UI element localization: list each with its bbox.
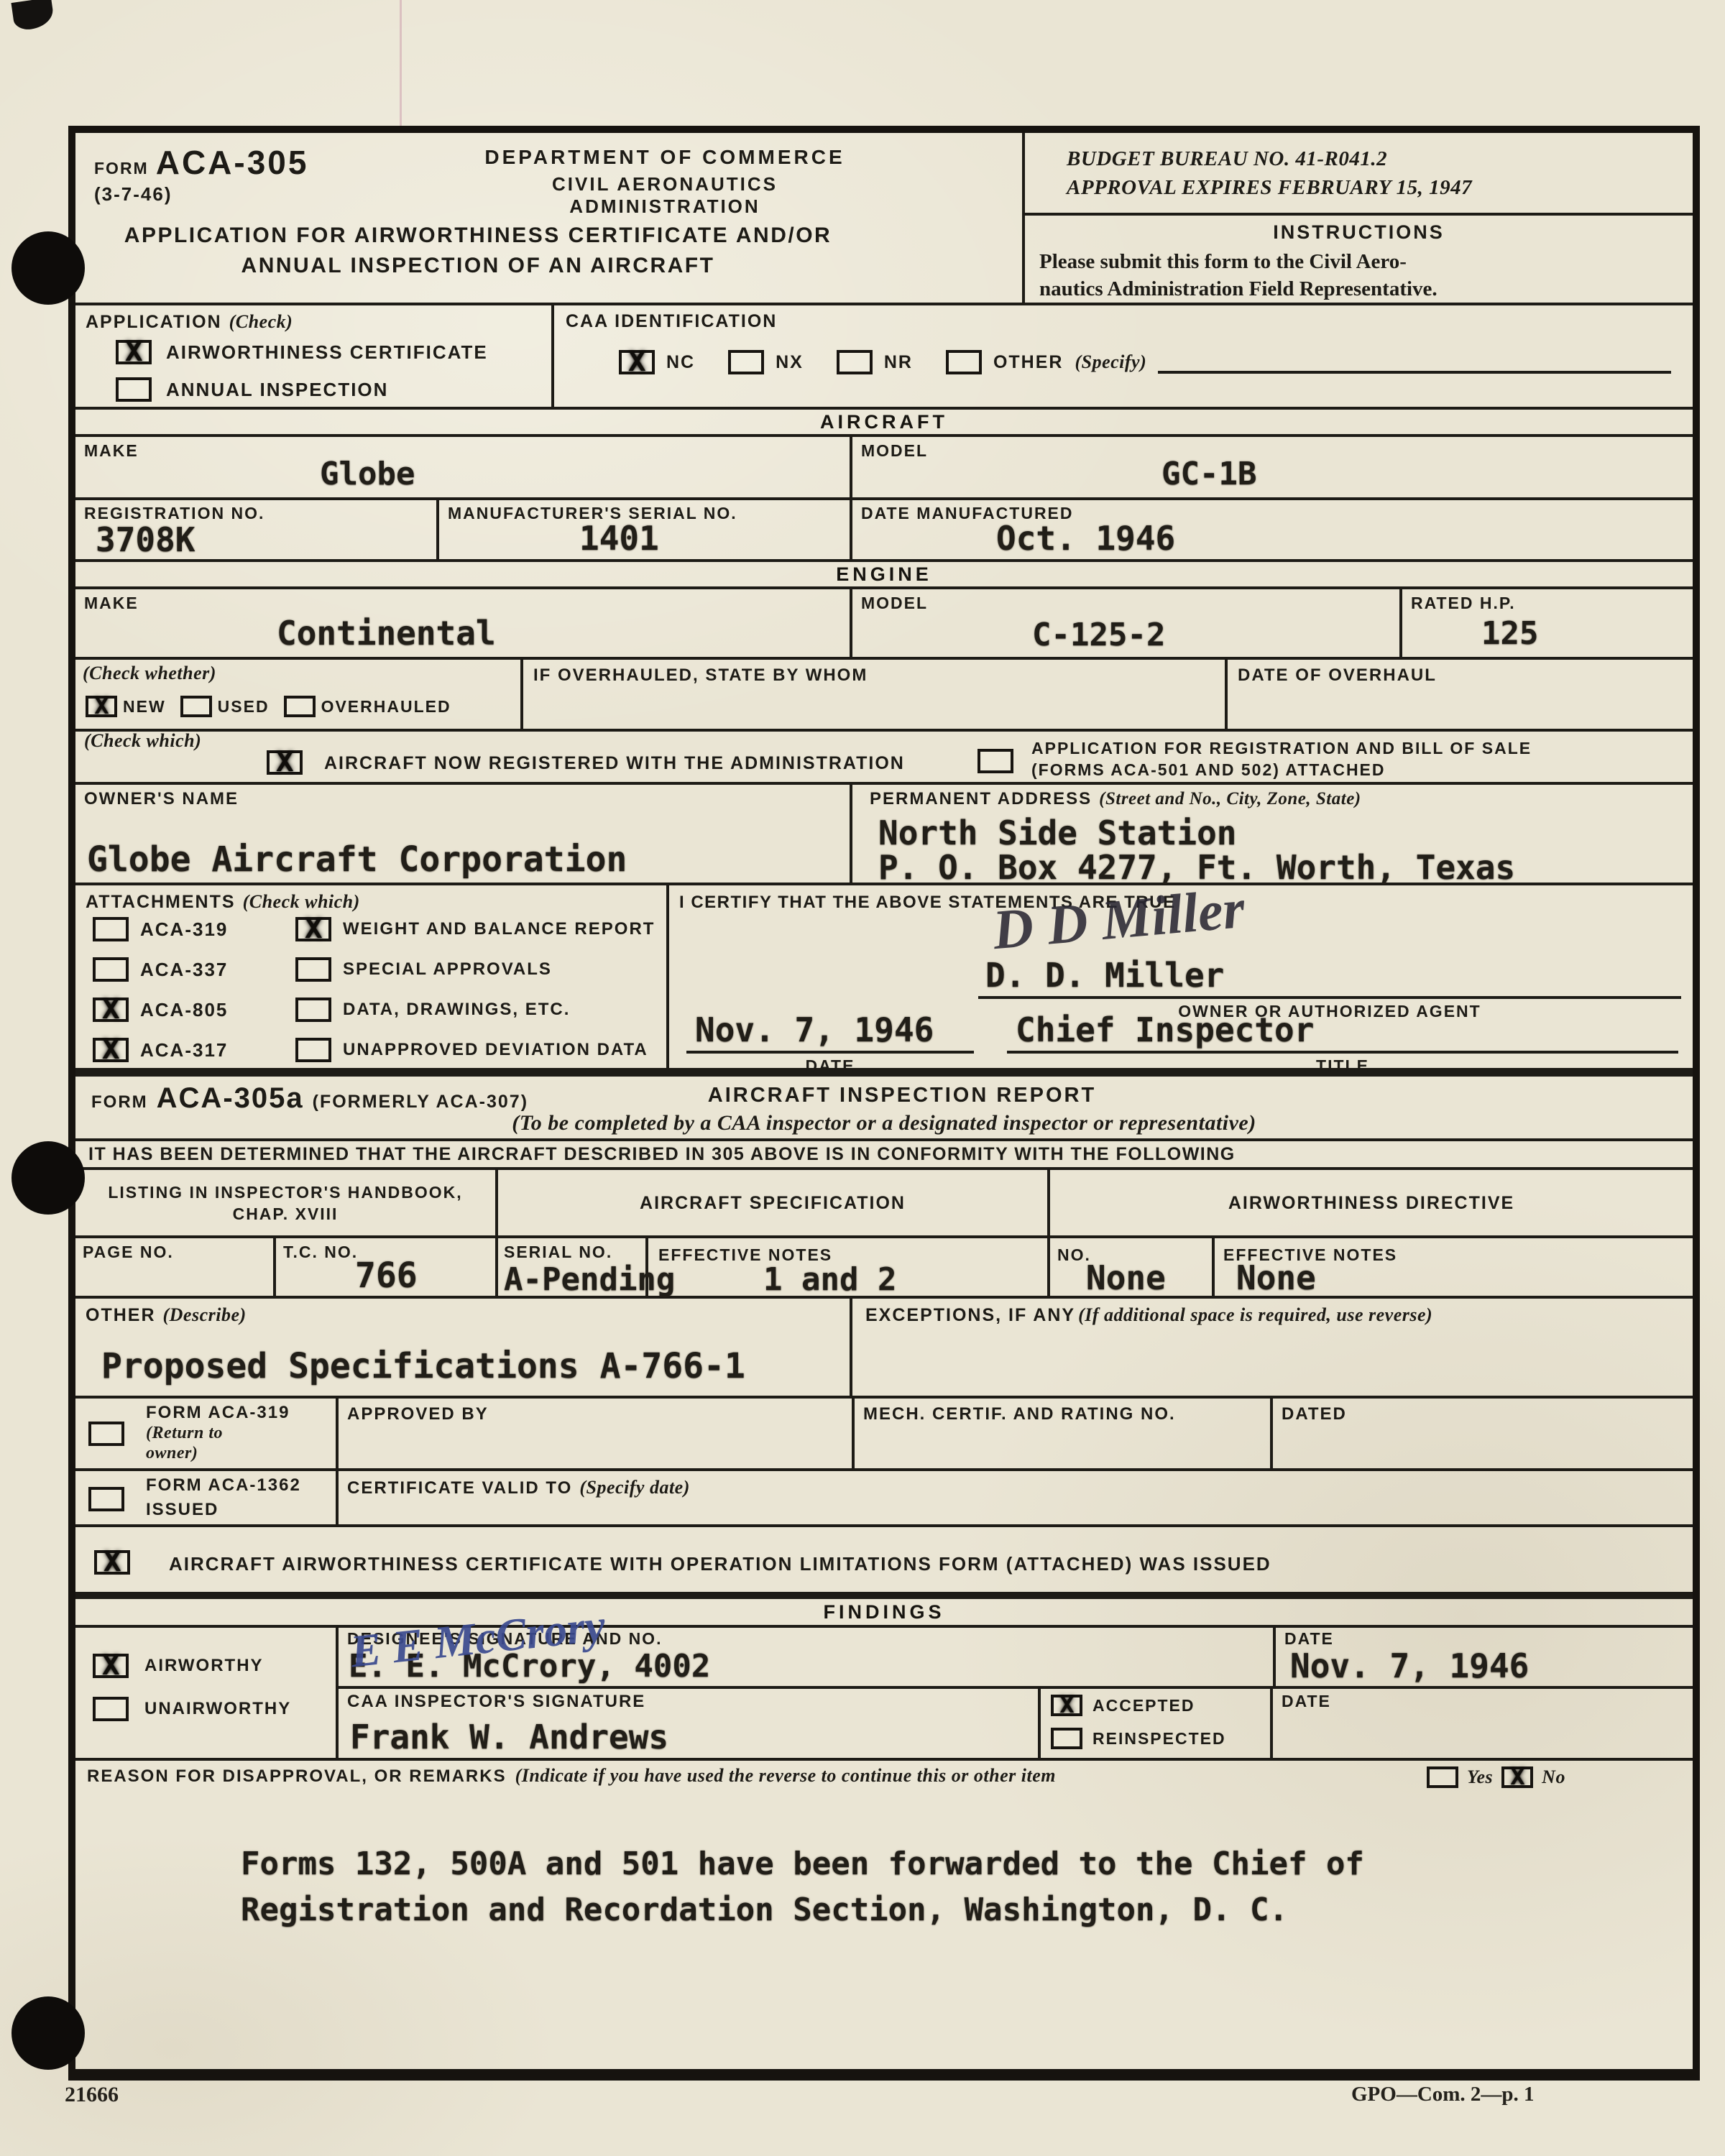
- other-id-checkbox[interactable]: [946, 350, 982, 374]
- accepted-label: ACCEPTED: [1092, 1696, 1195, 1715]
- engine-condition-options: X NEW USED OVERHAULED: [86, 696, 451, 717]
- caa-inspector-signature-field: CAA INSPECTOR'S SIGNATURE Frank W. Andre…: [339, 1689, 1041, 1758]
- other-exceptions-row: OTHER (Describe) Proposed Specifications…: [75, 1299, 1693, 1399]
- remarks-yes-no-group: Yes X No: [1427, 1766, 1565, 1788]
- aircraft-make-value: Globe: [320, 456, 415, 492]
- engine-make-label: MAKE: [84, 594, 139, 613]
- caa-inspector-signature-label: CAA INSPECTOR'S SIGNATURE: [347, 1692, 645, 1712]
- attachments-row-2: ACA-337 SPECIAL APPROVALS: [93, 957, 552, 982]
- registration-field: REGISTRATION NO. 3708K: [75, 500, 439, 559]
- remarks-label-line: REASON FOR DISAPPROVAL, OR REMARKS (Indi…: [87, 1765, 1056, 1787]
- page-no-label: PAGE NO.: [83, 1243, 174, 1262]
- spec-serial-label: SERIAL NO.: [504, 1243, 612, 1262]
- engine-make-row: MAKE Continental MODEL C-125-2 RATED H.P…: [75, 589, 1693, 660]
- aircraft-make-field: MAKE Globe: [75, 437, 852, 497]
- attachments-row-3: X ACA-805 DATA, DRAWINGS, ETC.: [93, 998, 570, 1022]
- inspection-report-title: AIRCRAFT INSPECTION REPORT: [507, 1084, 1297, 1107]
- serial-value: 1401: [579, 519, 659, 558]
- findings-right-block: DESIGNEE'S SIGNATURE AND NO. E E McCrory…: [339, 1628, 1693, 1758]
- accepted-reinspected-cell: X ACCEPTED REINSPECTED: [1041, 1689, 1273, 1758]
- mech-certif-label: MECH. CERTIF. AND RATING NO.: [863, 1404, 1176, 1424]
- designee-signature-field: DESIGNEE'S SIGNATURE AND NO. E E McCrory…: [339, 1628, 1273, 1686]
- accepted-option: X ACCEPTED: [1051, 1695, 1195, 1716]
- directive-notes-field: EFFECTIVE NOTES None: [1215, 1238, 1693, 1296]
- form-305a-number: ACA-305a: [157, 1082, 304, 1115]
- certification-title-group: Chief Inspector TITLE: [1007, 1010, 1678, 1076]
- aca-317-label: ACA-317: [140, 1039, 284, 1061]
- aca-319-return-row: FORM ACA-319 (Return to owner) APPROVED …: [75, 1399, 1693, 1471]
- airworthiness-directive-header-cell: AIRWORTHINESS DIRECTIVE: [1050, 1170, 1693, 1235]
- approved-by-label: APPROVED BY: [347, 1404, 489, 1424]
- spec-serial-value: A-Pending: [504, 1261, 675, 1298]
- engine-used-checkbox[interactable]: [180, 696, 212, 717]
- aca-317-checkbox[interactable]: X: [93, 1038, 129, 1062]
- nc-label: NC: [666, 352, 695, 373]
- engine-section-bar: ENGINE: [75, 562, 1693, 589]
- other-describe-value: Proposed Specifications A-766-1: [101, 1346, 745, 1386]
- remarks-yes-checkbox[interactable]: [1427, 1766, 1458, 1788]
- nx-checkbox[interactable]: [728, 350, 764, 374]
- bill-of-sale-label-line1: APPLICATION FOR REGISTRATION AND BILL OF…: [1031, 737, 1532, 759]
- bill-of-sale-label: APPLICATION FOR REGISTRATION AND BILL OF…: [1031, 737, 1532, 780]
- aca-805-label: ACA-805: [140, 999, 284, 1021]
- remarks-label: REASON FOR DISAPPROVAL, OR REMARKS: [87, 1766, 507, 1787]
- engine-overhaul-row: (Check whether) X NEW USED OVERHAULED IF…: [75, 660, 1693, 732]
- unairworthy-option: UNAIRWORTHY: [93, 1697, 291, 1721]
- dated-label: DATED: [1282, 1404, 1347, 1424]
- other-id-label: OTHER: [993, 352, 1064, 373]
- engine-make-field: MAKE Continental: [75, 589, 852, 657]
- date-manufactured-field: DATE MANUFACTURED Oct. 1946: [852, 500, 1693, 559]
- budget-bureau-line2: APPROVAL EXPIRES FEBRUARY 15, 1947: [1067, 173, 1685, 202]
- overhauled-by-whom-label: IF OVERHAULED, STATE BY WHOM: [533, 665, 868, 686]
- form-aca-1362-label: FORM ACA-1362: [146, 1475, 301, 1496]
- serial-field: MANUFACTURER'S SERIAL NO. 1401: [439, 500, 852, 559]
- spec-header-row: LISTING IN INSPECTOR'S HANDBOOK, CHAP. X…: [75, 1170, 1693, 1238]
- form-aca-1362-checkbox[interactable]: [88, 1487, 124, 1511]
- aircraft-make-model-row: MAKE Globe MODEL GC-1B: [75, 437, 1693, 500]
- spec-notes-field: EFFECTIVE NOTES 1 and 2: [648, 1238, 1050, 1296]
- form-title-line2: ANNUAL INSPECTION OF AN AIRCRAFT: [97, 251, 859, 281]
- instructions-title: INSTRUCTIONS: [1025, 221, 1693, 244]
- budget-bureau-box: BUDGET BUREAU NO. 41-R041.2 APPROVAL EXP…: [1025, 133, 1693, 216]
- accepted-checkbox[interactable]: X: [1051, 1695, 1082, 1716]
- other-describe-field: OTHER (Describe) Proposed Specifications…: [75, 1299, 852, 1396]
- remarks-no-checkbox[interactable]: X: [1501, 1766, 1533, 1788]
- application-section: APPLICATION (Check) X AIRWORTHINESS CERT…: [75, 305, 554, 407]
- date-of-overhaul-label: DATE OF OVERHAUL: [1238, 665, 1437, 686]
- form-label: FORM: [94, 159, 149, 178]
- application-row: APPLICATION (Check) X AIRWORTHINESS CERT…: [75, 305, 1693, 410]
- check-whether-label: (Check whether): [83, 663, 216, 684]
- caa-date-label: DATE: [1282, 1692, 1331, 1711]
- form-revision: (3-7-46): [94, 183, 308, 206]
- listing-header-cell: LISTING IN INSPECTOR'S HANDBOOK, CHAP. X…: [75, 1170, 498, 1235]
- registration-value: 3708K: [96, 520, 195, 559]
- airworthiness-certificate-checkbox[interactable]: X: [116, 340, 152, 364]
- forwarded-note: Forms 132, 500A and 501 have been forwar…: [241, 1841, 1364, 1933]
- reinspected-checkbox[interactable]: [1051, 1728, 1082, 1749]
- engine-model-field: MODEL C-125-2: [852, 589, 1402, 657]
- certificate-valid-to-field: CERTIFICATE VALID TO (Specify date): [339, 1471, 1693, 1524]
- owner-name-field: OWNER'S NAME Globe Aircraft Corporation: [75, 785, 852, 883]
- cert-issued-checkbox[interactable]: X: [94, 1550, 130, 1575]
- aca-1362-row: FORM ACA-1362 ISSUED CERTIFICATE VALID T…: [75, 1471, 1693, 1527]
- bill-of-sale-label-line2: (FORMS ACA-501 AND 502) ATTACHED: [1031, 759, 1532, 780]
- owner-signature-script: D D Miller: [990, 876, 1248, 962]
- nr-label: NR: [884, 352, 913, 373]
- instructions-text: Please submit this form to the Civil Aer…: [1039, 248, 1693, 303]
- aircraft-registration-row: REGISTRATION NO. 3708K MANUFACTURER'S SE…: [75, 500, 1693, 562]
- exceptions-label: EXCEPTIONS, IF ANY (If additional space …: [852, 1299, 1498, 1331]
- caa-identification-section: CAA IDENTIFICATION X NC NX NR OTHER (Spe…: [554, 305, 1693, 407]
- other-describe-label: OTHER (Describe): [86, 1304, 247, 1326]
- engine-section-title: ENGINE: [75, 563, 1693, 586]
- application-label: APPLICATION (Check): [86, 311, 293, 333]
- date-manufactured-value: Oct. 1946: [996, 519, 1175, 558]
- airworthiness-directive-header: AIRWORTHINESS DIRECTIVE: [1050, 1193, 1693, 1214]
- engine-used-label: USED: [218, 697, 270, 717]
- form-id-block: FORM ACA-305 (3-7-46): [94, 143, 308, 206]
- engine-model-label: MODEL: [861, 594, 928, 613]
- designee-date-value: Nov. 7, 1946: [1290, 1646, 1529, 1685]
- form-title: APPLICATION FOR AIRWORTHINESS CERTIFICAT…: [97, 221, 859, 281]
- aca-337-label: ACA-337: [140, 959, 284, 981]
- reinspected-option: REINSPECTED: [1051, 1728, 1226, 1749]
- scanned-document-page: FORM ACA-305 (3-7-46) DEPARTMENT OF COMM…: [0, 0, 1725, 2156]
- registration-status-row: (Check which) X AIRCRAFT NOW REGISTERED …: [75, 732, 1693, 785]
- annual-inspection-option: ANNUAL INSPECTION: [116, 377, 388, 402]
- aircraft-spec-header: AIRCRAFT SPECIFICATION: [498, 1193, 1047, 1214]
- certification-date-group: Nov. 7, 1946 DATE: [686, 1010, 974, 1076]
- remarks-no-label: No: [1542, 1766, 1565, 1788]
- form-305a-formerly: (FORMERLY ACA-307): [313, 1092, 528, 1112]
- registered-checkbox[interactable]: X: [267, 750, 303, 775]
- header-left: FORM ACA-305 (3-7-46) DEPARTMENT OF COMM…: [75, 133, 1025, 303]
- form-305a-id: FORM ACA-305a (FORMERLY ACA-307): [91, 1082, 528, 1115]
- listing-header-line1: LISTING IN INSPECTOR'S HANDBOOK,: [75, 1181, 495, 1203]
- form-305a-header: FORM ACA-305a (FORMERLY ACA-307) AIRCRAF…: [75, 1077, 1693, 1141]
- other-id-blank-line: [1158, 351, 1671, 374]
- date-of-overhaul-field: DATE OF OVERHAUL: [1228, 660, 1693, 729]
- engine-make-value: Continental: [277, 614, 496, 653]
- department-line2: CIVIL AERONAUTICS ADMINISTRATION: [464, 173, 866, 218]
- rated-hp-field: RATED H.P. 125: [1402, 589, 1693, 657]
- certification-section: I CERTIFY THAT THE ABOVE STATEMENTS ARE …: [669, 885, 1693, 1068]
- punch-hole: [11, 1996, 85, 2070]
- instructions-line1: Please submit this form to the Civil Aer…: [1039, 250, 1407, 273]
- attachments-row-4: X ACA-317 UNAPPROVED DEVIATION DATA: [93, 1038, 648, 1062]
- owner-address-label: PERMANENT ADDRESS (Street and No., City,…: [870, 789, 1361, 809]
- registered-label: AIRCRAFT NOW REGISTERED WITH THE ADMINIS…: [324, 753, 905, 774]
- dated-field: DATED: [1273, 1399, 1693, 1468]
- aca-805-checkbox[interactable]: X: [93, 998, 129, 1022]
- airworthy-label: AIRWORTHY: [144, 1656, 264, 1676]
- caa-inspector-signature-value: Frank W. Andrews: [350, 1718, 668, 1756]
- scan-artifact: [11, 0, 55, 32]
- form-aca-319-label-block: FORM ACA-319 (Return to owner): [146, 1403, 297, 1463]
- special-approvals-label: SPECIAL APPROVALS: [343, 959, 552, 980]
- caa-date-field: DATE: [1273, 1689, 1693, 1758]
- weight-balance-label: WEIGHT AND BALANCE REPORT: [343, 919, 655, 939]
- unapproved-deviation-label: UNAPPROVED DEVIATION DATA: [343, 1040, 648, 1060]
- overhauled-by-whom-field: IF OVERHAULED, STATE BY WHOM: [523, 660, 1228, 729]
- owner-address-line1: North Side Station: [878, 814, 1237, 852]
- punch-hole: [11, 231, 85, 305]
- data-drawings-label: DATA, DRAWINGS, ETC.: [343, 1000, 570, 1020]
- inspection-report-subtitle: (To be completed by a CAA inspector or a…: [75, 1111, 1693, 1135]
- rated-hp-value: 125: [1481, 615, 1538, 652]
- certification-title-label: TITLE: [1007, 1056, 1678, 1076]
- aircraft-make-label: MAKE: [84, 441, 139, 461]
- rated-hp-label: RATED H.P.: [1411, 594, 1516, 613]
- data-drawings-checkbox[interactable]: [295, 998, 331, 1022]
- form-header: FORM ACA-305 (3-7-46) DEPARTMENT OF COMM…: [75, 133, 1693, 305]
- form-305a-label: FORM: [91, 1092, 148, 1112]
- weight-balance-checkbox[interactable]: X: [295, 917, 331, 941]
- form-number: ACA-305: [156, 143, 309, 182]
- form-aca-1362-field: FORM ACA-1362 ISSUED: [75, 1471, 339, 1524]
- caa-inspector-subrow: CAA INSPECTOR'S SIGNATURE Frank W. Andre…: [339, 1689, 1693, 1758]
- budget-bureau-line1: BUDGET BUREAU NO. 41-R041.2: [1067, 144, 1685, 173]
- findings-grid: X AIRWORTHY UNAIRWORTHY DESIGNEE'S SIGNA…: [75, 1628, 1693, 1761]
- conformity-statement: IT HAS BEEN DETERMINED THAT THE AIRCRAFT…: [88, 1144, 1236, 1165]
- aca-319-label: ACA-319: [140, 918, 284, 941]
- check-which-label: (Check which): [84, 730, 201, 752]
- form-aca-1362-issued-label: ISSUED: [146, 1500, 218, 1520]
- certificate-issued-row: X AIRCRAFT AIRWORTHINESS CERTIFICATE WIT…: [75, 1527, 1693, 1599]
- caa-id-options: X NC NX NR OTHER (Specify): [619, 350, 1671, 374]
- instructions-line2: nautics Administration Field Representat…: [1039, 277, 1437, 300]
- certificate-valid-to-label: CERTIFICATE VALID TO (Specify date): [347, 1477, 690, 1498]
- bill-of-sale-checkbox[interactable]: [977, 749, 1013, 773]
- airworthiness-certificate-label: AIRWORTHINESS CERTIFICATE: [166, 341, 488, 364]
- owner-name-value: Globe Aircraft Corporation: [87, 839, 627, 880]
- remarks-yes-label: Yes: [1467, 1766, 1493, 1788]
- punch-hole: [11, 1141, 85, 1215]
- attachments-section: ATTACHMENTS (Check which) ACA-319 X WEIG…: [75, 885, 669, 1068]
- engine-overhauled-label: OVERHAULED: [321, 697, 451, 717]
- unairworthy-label: UNAIRWORTHY: [144, 1699, 291, 1719]
- page-no-field: PAGE NO.: [75, 1238, 276, 1296]
- nx-label: NX: [776, 352, 804, 373]
- forwarded-note-line2: Registration and Recordation Section, Wa…: [241, 1887, 1364, 1933]
- remarks-area: REASON FOR DISAPPROVAL, OR REMARKS (Indi…: [75, 1761, 1693, 2069]
- owner-signature-typed: D. D. Miller: [985, 956, 1224, 995]
- aca-337-checkbox[interactable]: [93, 957, 129, 982]
- aircraft-model-field: MODEL GC-1B: [852, 437, 1693, 497]
- directive-notes-value: None: [1236, 1258, 1316, 1297]
- engine-condition-field: (Check whether) X NEW USED OVERHAULED: [75, 660, 523, 729]
- cert-issued-label: AIRCRAFT AIRWORTHINESS CERTIFICATE WITH …: [169, 1553, 1271, 1575]
- conformity-row: IT HAS BEEN DETERMINED THAT THE AIRCRAFT…: [75, 1141, 1693, 1170]
- form-aca-319-field: FORM ACA-319 (Return to owner): [75, 1399, 339, 1468]
- form-aca-319-note: (Return to owner): [146, 1423, 268, 1463]
- findings-section-title: FINDINGS: [75, 1601, 1693, 1623]
- nr-checkbox[interactable]: [837, 350, 873, 374]
- instructions-box: INSTRUCTIONS Please submit this form to …: [1025, 216, 1693, 303]
- form-title-line1: APPLICATION FOR AIRWORTHINESS CERTIFICAT…: [97, 221, 859, 251]
- engine-overhauled-checkbox[interactable]: [284, 696, 316, 717]
- engine-new-checkbox[interactable]: X: [86, 696, 117, 717]
- directive-no-value: None: [1086, 1258, 1166, 1297]
- fold-line-artifact: [400, 0, 402, 126]
- annual-inspection-checkbox[interactable]: [116, 377, 152, 402]
- nc-checkbox[interactable]: X: [619, 350, 655, 374]
- certification-date-label: DATE: [686, 1056, 974, 1076]
- approved-by-field: APPROVED BY: [339, 1399, 855, 1468]
- certification-title-value: Chief Inspector: [1007, 1010, 1678, 1054]
- reinspected-label: REINSPECTED: [1092, 1729, 1226, 1749]
- forwarded-note-line1: Forms 132, 500A and 501 have been forwar…: [241, 1841, 1364, 1887]
- attachments-label: ATTACHMENTS (Check which): [86, 891, 360, 913]
- form-aca-305: FORM ACA-305 (3-7-46) DEPARTMENT OF COMM…: [68, 126, 1700, 2081]
- engine-model-value: C-125-2: [1032, 617, 1165, 653]
- spec-notes-value: 1 and 2: [763, 1261, 896, 1298]
- department-block: DEPARTMENT OF COMMERCE CIVIL AERONAUTICS…: [464, 146, 866, 218]
- department-line1: DEPARTMENT OF COMMERCE: [464, 146, 866, 169]
- designee-date-field: DATE Nov. 7, 1946: [1273, 1628, 1693, 1686]
- form-aca-319-label: FORM ACA-319: [146, 1403, 297, 1423]
- unairworthy-checkbox[interactable]: [93, 1697, 129, 1721]
- attachments-certification-row: ATTACHMENTS (Check which) ACA-319 X WEIG…: [75, 885, 1693, 1077]
- directive-no-field: NO. None: [1050, 1238, 1215, 1296]
- caa-identification-label: CAA IDENTIFICATION: [566, 311, 777, 332]
- aircraft-model-value: GC-1B: [1161, 456, 1256, 492]
- form-aca-319-return-checkbox[interactable]: [88, 1422, 124, 1446]
- aca-319-checkbox[interactable]: [93, 917, 129, 941]
- tc-no-field: T.C. NO. 766: [276, 1238, 498, 1296]
- aircraft-section-title: AIRCRAFT: [75, 411, 1693, 433]
- airworthy-checkbox[interactable]: X: [93, 1654, 129, 1678]
- stock-number: 21666: [65, 2083, 119, 2107]
- aircraft-section-bar: AIRCRAFT: [75, 410, 1693, 437]
- findings-section-bar: FINDINGS: [75, 1599, 1693, 1628]
- airworthiness-certificate-option: X AIRWORTHINESS CERTIFICATE: [116, 340, 488, 364]
- signature-line: [978, 995, 1681, 999]
- unapproved-deviation-checkbox[interactable]: [295, 1038, 331, 1062]
- owner-name-label: OWNER'S NAME: [84, 789, 239, 809]
- spec-values-row: PAGE NO. T.C. NO. 766 SERIAL NO. A-Pendi…: [75, 1238, 1693, 1299]
- owner-address-field: PERMANENT ADDRESS (Street and No., City,…: [852, 785, 1693, 883]
- mech-certif-field: MECH. CERTIF. AND RATING NO.: [855, 1399, 1273, 1468]
- airworthy-option: X AIRWORTHY: [93, 1654, 264, 1678]
- aircraft-model-label: MODEL: [861, 441, 928, 461]
- aircraft-spec-header-cell: AIRCRAFT SPECIFICATION: [498, 1170, 1050, 1235]
- remarks-note: (Indicate if you have used the reverse t…: [515, 1765, 1056, 1787]
- owner-row: OWNER'S NAME Globe Aircraft Corporation …: [75, 785, 1693, 885]
- annual-inspection-label: ANNUAL INSPECTION: [166, 379, 388, 401]
- listing-header-line2: CHAP. XVIII: [75, 1203, 495, 1225]
- designee-date-label: DATE: [1284, 1629, 1334, 1649]
- designee-subrow: DESIGNEE'S SIGNATURE AND NO. E E McCrory…: [339, 1628, 1693, 1689]
- engine-new-label: NEW: [123, 697, 166, 717]
- other-id-note: (Specify): [1075, 351, 1146, 373]
- header-right: BUDGET BUREAU NO. 41-R041.2 APPROVAL EXP…: [1025, 133, 1693, 303]
- gpo-imprint: GPO—Com. 2—p. 1: [1351, 2083, 1535, 2106]
- tc-no-value: 766: [355, 1256, 418, 1296]
- attachments-row-1: ACA-319 X WEIGHT AND BALANCE REPORT: [93, 917, 655, 941]
- certification-date-value: Nov. 7, 1946: [686, 1010, 974, 1054]
- exceptions-field: EXCEPTIONS, IF ANY (If additional space …: [852, 1299, 1693, 1396]
- spec-serial-field: SERIAL NO. A-Pending: [498, 1238, 648, 1296]
- airworthiness-verdict-cell: X AIRWORTHY UNAIRWORTHY: [75, 1628, 339, 1758]
- tc-no-label: T.C. NO.: [283, 1243, 358, 1262]
- special-approvals-checkbox[interactable]: [295, 957, 331, 982]
